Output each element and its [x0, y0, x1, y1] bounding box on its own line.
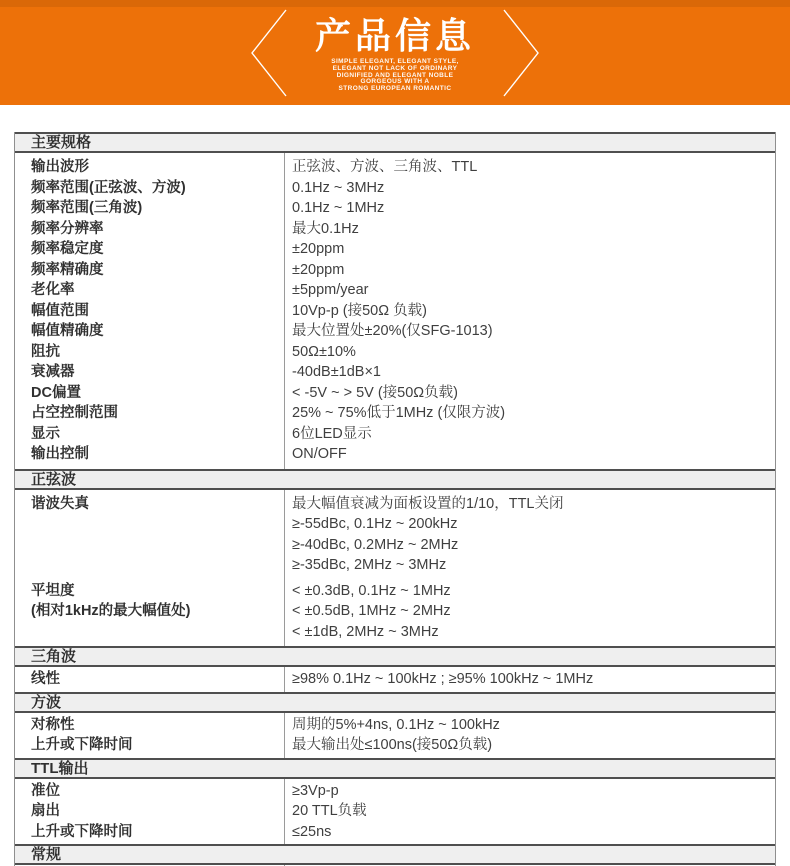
section-body: 输出波形正弦波、方波、三角波、TTL频率范围(正弦波、方波)0.1Hz ~ 3M… [15, 153, 775, 469]
spec-label: 上升或下降时间 [15, 822, 284, 843]
spec-label: 老化率 [15, 280, 284, 301]
spec-row: 准位≥3Vp-p [15, 781, 775, 802]
spec-value: ≤25ns [284, 822, 775, 843]
spec-value: < ±0.5dB, 1MHz ~ 2MHz [284, 601, 775, 622]
section-header: 方波 [15, 692, 775, 713]
spec-row: < ±1dB, 2MHz ~ 3MHz [15, 622, 775, 643]
spec-value: ON/OFF [284, 444, 775, 465]
spec-label: 频率精确度 [15, 260, 284, 281]
spec-value: ±20ppm [284, 239, 775, 260]
spec-value: 0.1Hz ~ 1MHz [284, 198, 775, 219]
spec-row: 频率范围(三角波)0.1Hz ~ 1MHz [15, 198, 775, 219]
spec-label: 阻抗 [15, 342, 284, 363]
spec-row: ≥-55dBc, 0.1Hz ~ 200kHz [15, 514, 775, 535]
spec-label: 频率范围(三角波) [15, 198, 284, 219]
spec-value: < -5V ~ > 5V (接50Ω负载) [284, 383, 775, 404]
spec-label: 输出控制 [15, 444, 284, 465]
spec-value: 50Ω±10% [284, 342, 775, 363]
spec-value: 6位LED显示 [284, 424, 775, 445]
spec-row: 上升或下降时间≤25ns [15, 822, 775, 843]
section-header: TTL输出 [15, 758, 775, 779]
banner-subtitle: SIMPLE ELEGANT, ELEGANT STYLE, ELEGANT N… [0, 59, 790, 93]
spec-label: 扇出 [15, 801, 284, 822]
spec-value: 最大位置处±20%(仅SFG-1013) [284, 321, 775, 342]
section-body: 谐波失真最大幅值衰减为面板设置的1/10，TTL关闭≥-55dBc, 0.1Hz… [15, 490, 775, 647]
spec-label: DC偏置 [15, 383, 284, 404]
spec-row: 对称性周期的5%+4ns, 0.1Hz ~ 100kHz [15, 715, 775, 736]
spec-row: 扇出20 TTL负载 [15, 801, 775, 822]
section-header: 主要规格 [15, 132, 775, 153]
spec-table: 主要规格输出波形正弦波、方波、三角波、TTL频率范围(正弦波、方波)0.1Hz … [14, 132, 776, 866]
spec-row: 谐波失真最大幅值衰减为面板设置的1/10，TTL关闭 [15, 494, 775, 515]
spec-label: 幅值范围 [15, 301, 284, 322]
spec-value: 10Vp-p (接50Ω 负载) [284, 301, 775, 322]
section-body: 线性≥98% 0.1Hz ~ 100kHz ; ≥95% 100kHz ~ 1M… [15, 667, 775, 692]
spec-value: ≥3Vp-p [284, 781, 775, 802]
spec-row: 显示6位LED显示 [15, 424, 775, 445]
spec-label: 准位 [15, 781, 284, 802]
spec-label: 幅值精确度 [15, 321, 284, 342]
spec-label: 输出波形 [15, 157, 284, 178]
spec-value: 周期的5%+4ns, 0.1Hz ~ 100kHz [284, 715, 775, 736]
spec-value: ≥98% 0.1Hz ~ 100kHz ; ≥95% 100kHz ~ 1MHz [284, 669, 775, 690]
spec-value: ≥-35dBc, 2MHz ~ 3MHz [284, 555, 775, 576]
section-body: 准位≥3Vp-p扇出20 TTL负载上升或下降时间≤25ns [15, 779, 775, 845]
spec-row: 占空控制范围25% ~ 75%低于1MHz (仅限方波) [15, 403, 775, 424]
spec-value: -40dB±1dB×1 [284, 362, 775, 383]
spec-row: 平坦度< ±0.3dB, 0.1Hz ~ 1MHz [15, 581, 775, 602]
spec-row: 线性≥98% 0.1Hz ~ 100kHz ; ≥95% 100kHz ~ 1M… [15, 669, 775, 690]
section-header: 常规 [15, 844, 775, 865]
spec-label: 占空控制范围 [15, 403, 284, 424]
spec-label: 衰减器 [15, 362, 284, 383]
spec-label: 线性 [15, 669, 284, 690]
spec-row: 频率精确度±20ppm [15, 260, 775, 281]
product-info-banner: 产品信息 SIMPLE ELEGANT, ELEGANT STYLE, ELEG… [0, 0, 790, 105]
spec-row: 频率稳定度±20ppm [15, 239, 775, 260]
spec-value: ±5ppm/year [284, 280, 775, 301]
spec-row: 上升或下降时间最大输出处≤100ns(接50Ω负载) [15, 735, 775, 756]
section-body: 对称性周期的5%+4ns, 0.1Hz ~ 100kHz上升或下降时间最大输出处… [15, 713, 775, 758]
page-title: 产品信息 [0, 17, 790, 55]
section-header: 三角波 [15, 646, 775, 667]
spec-value: 正弦波、方波、三角波、TTL [284, 157, 775, 178]
spec-value: 20 TTL负载 [284, 801, 775, 822]
spec-label: 谐波失真 [15, 494, 284, 515]
banner-subtitle-line: STRONG EUROPEAN ROMANTIC [0, 86, 790, 93]
spec-value: 最大幅值衰减为面板设置的1/10，TTL关闭 [284, 494, 775, 515]
spec-value: 最大输出处≤100ns(接50Ω负载) [284, 735, 775, 756]
spec-row: 频率范围(正弦波、方波)0.1Hz ~ 3MHz [15, 178, 775, 199]
spec-label: 频率范围(正弦波、方波) [15, 178, 284, 199]
section-header: 正弦波 [15, 469, 775, 490]
spec-row: 衰减器-40dB±1dB×1 [15, 362, 775, 383]
spec-value: 最大0.1Hz [284, 219, 775, 240]
chevron-right-icon [502, 8, 542, 98]
spec-value: 25% ~ 75%低于1MHz (仅限方波) [284, 403, 775, 424]
spec-row: 幅值精确度最大位置处±20%(仅SFG-1013) [15, 321, 775, 342]
spec-row: 阻抗50Ω±10% [15, 342, 775, 363]
spec-label: 上升或下降时间 [15, 735, 284, 756]
spec-label: 显示 [15, 424, 284, 445]
spec-label: 频率分辨率 [15, 219, 284, 240]
spec-value: < ±1dB, 2MHz ~ 3MHz [284, 622, 775, 643]
spec-row: 输出波形正弦波、方波、三角波、TTL [15, 157, 775, 178]
spec-row: 频率分辨率最大0.1Hz [15, 219, 775, 240]
spec-row: ≥-40dBc, 0.2MHz ~ 2MHz [15, 535, 775, 556]
spec-row: DC偏置< -5V ~ > 5V (接50Ω负载) [15, 383, 775, 404]
spec-row: (相对1kHz的最大幅值处)< ±0.5dB, 1MHz ~ 2MHz [15, 601, 775, 622]
spec-value: ≥-40dBc, 0.2MHz ~ 2MHz [284, 535, 775, 556]
spec-value: 0.1Hz ~ 3MHz [284, 178, 775, 199]
spec-label: 平坦度 [15, 581, 284, 602]
spec-value: < ±0.3dB, 0.1Hz ~ 1MHz [284, 581, 775, 602]
spec-row: ≥-35dBc, 2MHz ~ 3MHz [15, 555, 775, 576]
spec-value: ≥-55dBc, 0.1Hz ~ 200kHz [284, 514, 775, 535]
spec-label: (相对1kHz的最大幅值处) [15, 601, 284, 622]
spec-row: 老化率±5ppm/year [15, 280, 775, 301]
spec-row: 输出控制ON/OFF [15, 444, 775, 465]
spec-label: 对称性 [15, 715, 284, 736]
spec-row: 幅值范围10Vp-p (接50Ω 负载) [15, 301, 775, 322]
spec-label: 频率稳定度 [15, 239, 284, 260]
spec-value: ±20ppm [284, 260, 775, 281]
